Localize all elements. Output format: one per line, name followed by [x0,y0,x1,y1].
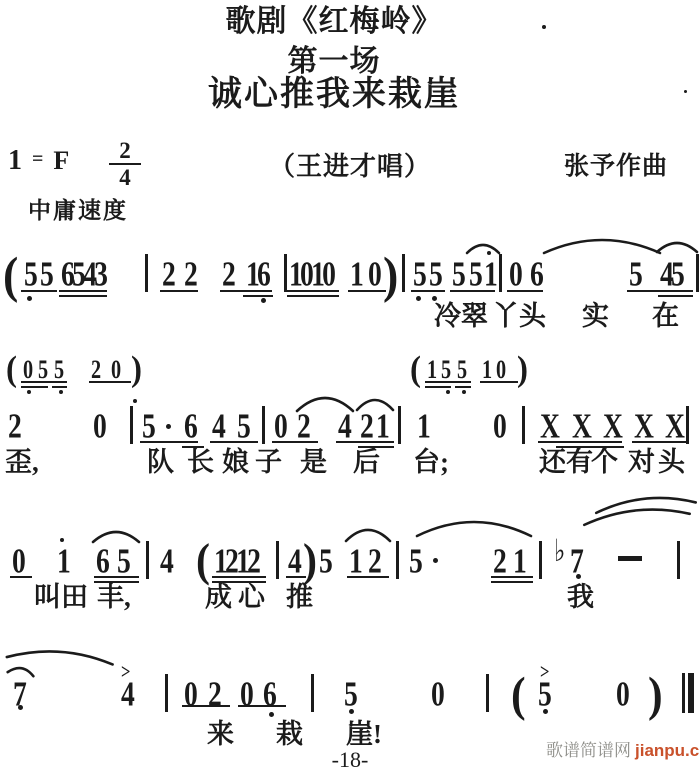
note: 0 [93,409,106,444]
barline [165,674,168,712]
lyric-syllable: 队 [147,449,174,476]
note: 5 [38,357,47,383]
slur-arc [356,398,394,416]
note: 5 [469,257,482,292]
barline [284,254,287,292]
lyric-syllable: 冷翠 [434,303,488,330]
beam-line [336,441,394,443]
note: X [572,409,591,444]
parenthesis: ( [3,250,18,301]
beam-line [287,295,339,297]
slur-curve [543,238,661,255]
note: 2 [493,544,506,579]
beam-line [287,290,339,292]
lyric-syllable: 有 [566,449,593,476]
notation-layer: (55654322216101010)5555106545冷翠丫头实在(0552… [0,0,700,772]
barline [311,674,314,712]
beam-line [538,441,622,443]
note: ♭ [554,536,564,567]
note: 45 [660,257,682,292]
note: 1 [417,409,430,444]
note: 0 [493,409,506,444]
beam-line [455,386,471,388]
barline [276,541,279,579]
slur-arc [543,238,661,259]
note: 0 [509,257,522,292]
barline [522,406,525,444]
note: 5 [629,257,642,292]
beam-line [627,290,693,292]
note: X [665,409,684,444]
barline [677,541,680,579]
note: X [540,409,559,444]
beam-line [238,705,286,707]
lyric-syllable: 丫头 [492,303,546,330]
lyric-syllable: 我 [567,584,594,611]
beam-line [425,386,451,388]
beam-line [658,295,693,297]
barline [130,406,133,444]
lyric-syllable: 是 [300,449,327,476]
slur-curve [416,520,532,538]
note: 1 [349,544,362,579]
beam-line [411,290,445,292]
beam-line [182,705,230,707]
slur-arc [345,528,391,547]
parenthesis: ) [303,538,317,584]
note: 5 [429,257,442,292]
beam-line [52,386,67,388]
barline [398,406,401,444]
parenthesis: ) [648,671,663,719]
beam-line [450,290,495,292]
beam-line [348,290,386,292]
octave-dot [684,90,687,93]
note: 5 [237,409,250,444]
lyric-syllable: 丰, [97,584,131,611]
note: 6 [184,409,197,444]
octave-dot [261,298,266,303]
note: 2 [368,544,381,579]
barline [486,674,489,712]
barline [146,541,149,579]
sheet-music-page: 歌剧《红梅岭》 第一场 诚心推我来栽崖 1 = F 2 4 （王进才唱） 张予作… [0,0,700,772]
note: 4 [288,544,301,579]
lyric-syllable: 还 [539,449,566,476]
barline [686,406,689,444]
lyric-syllable: 对 [628,449,655,476]
octave-dot [462,390,466,394]
lyric-syllable: 来 [207,721,234,748]
note: 5 [452,257,465,292]
barline [262,406,265,444]
note: 1 [350,257,363,292]
barline [402,254,405,292]
barline [145,254,148,292]
note: 1 [484,257,497,292]
barline [396,541,399,579]
octave-dot [18,705,23,710]
parenthesis: ) [517,352,528,388]
beam-line [10,576,32,578]
note: 5 [409,544,422,579]
note: 5 [117,544,130,579]
parenthesis: ( [196,538,210,584]
note: 5 [24,257,37,292]
note: 5 [413,257,426,292]
slur-curve [656,241,698,254]
note: 5 [457,357,466,383]
note: 0 [111,357,120,383]
octave-dot [27,296,32,301]
beam-line [59,295,107,297]
lyric-syllable: 娘 [222,449,249,476]
slur-arc [92,530,140,548]
beam-line [491,576,533,578]
parenthesis: ) [383,250,398,301]
note: 5 [54,357,63,383]
lyric-syllable: 叫 [34,584,61,611]
note: 1 [427,357,436,383]
lyric-syllable: 推 [286,584,313,611]
note: 5 [40,257,53,292]
slur-arc [656,241,698,258]
octave-dot [543,709,548,714]
lyric-syllable: 台; [413,449,449,476]
slur-curve [92,530,140,544]
note: 6 [96,544,109,579]
note: 2 [91,357,100,383]
lyric-syllable: 歪, [5,449,39,476]
lyric-syllable: 长 [187,449,214,476]
note: 6 [530,257,543,292]
barline [499,254,502,292]
lyric-syllable: 在 [652,303,679,330]
note: 4 [121,677,134,712]
lyric-syllable: 栽 [276,721,303,748]
note: 1 [482,357,491,383]
beam-line [243,295,273,297]
lyric-syllable: 头 [658,449,685,476]
beam-line [491,581,533,583]
note: 1 [513,544,526,579]
note: 0 [368,257,381,292]
parenthesis: ( [511,671,526,719]
barline [696,254,699,292]
note: 1212 [214,544,258,579]
octave-dot [349,709,354,714]
note: 4 [160,544,173,579]
slur-arc [466,243,500,259]
slur-arc [416,520,532,542]
barline [688,673,694,713]
lyric-syllable: 后 [353,449,380,476]
octave-dot [166,424,171,429]
note: 2 [162,257,175,292]
lyric-syllable: 子 [255,449,282,476]
octave-dot [269,712,274,717]
note: 4 [212,409,225,444]
lyric-syllable: 崖! [346,721,382,748]
note: 5 [344,677,357,712]
beam-line [632,441,687,443]
beam-line [21,381,67,383]
note: 0 [274,409,287,444]
octave-dot [433,558,438,563]
note: 5 [538,677,551,712]
note: 5 [319,544,332,579]
lyric-syllable: 实 [582,303,609,330]
octave-dot [60,538,64,542]
barline [539,541,542,579]
lyric-syllable: 成 [205,584,232,611]
note: X [634,409,653,444]
slur-curve [345,528,391,543]
lyric-syllable: 个 [591,449,618,476]
note: 1 [57,544,70,579]
note: 5 [441,357,450,383]
octave-dot [59,390,63,394]
beam-line [507,290,543,292]
parenthesis: ( [410,352,421,388]
note: 2 [184,257,197,292]
note: 2 [222,257,235,292]
octave-dot [446,390,450,394]
note: 4 [338,409,351,444]
note: 0 [616,677,629,712]
parenthesis: ( [6,352,17,388]
watermark-site-name: 歌谱简谱网 [546,741,631,760]
beam-line [59,290,107,292]
beam-line [480,381,518,383]
note: 0 [23,357,32,383]
beam-line [21,290,57,292]
octave-dot [416,296,421,301]
beam-line [272,441,318,443]
beam-line [210,441,258,443]
slur-curve [466,243,500,255]
note: 1010 [289,257,333,292]
lyric-syllable: 心 [238,584,265,611]
note: 6543 [61,257,105,292]
note: 0 [431,677,444,712]
beam-line [160,290,198,292]
watermark-url: jianpu.cn [635,741,700,760]
beam-line [212,576,266,578]
beam-line [425,381,471,383]
lyric-syllable: 田 [61,584,88,611]
parenthesis: ) [131,352,142,388]
beam-line [89,381,131,383]
beam-line [618,556,642,561]
beam-line [94,576,139,578]
slur-curve [356,398,394,412]
beam-line [140,441,198,443]
barline [682,673,685,713]
beam-line [21,386,48,388]
note: 6 [257,257,270,292]
note: 0 [496,357,505,383]
watermark: 歌谱简谱网jianpu.cn [546,742,700,759]
note: X [603,409,622,444]
octave-dot [133,399,137,403]
octave-dot [542,25,546,29]
octave-dot [27,390,31,394]
note: 0 [12,544,25,579]
note: 5 [142,409,155,444]
note: 2 [8,409,21,444]
octave-dot [576,574,581,579]
beam-line [220,290,272,292]
beam-line [347,576,389,578]
